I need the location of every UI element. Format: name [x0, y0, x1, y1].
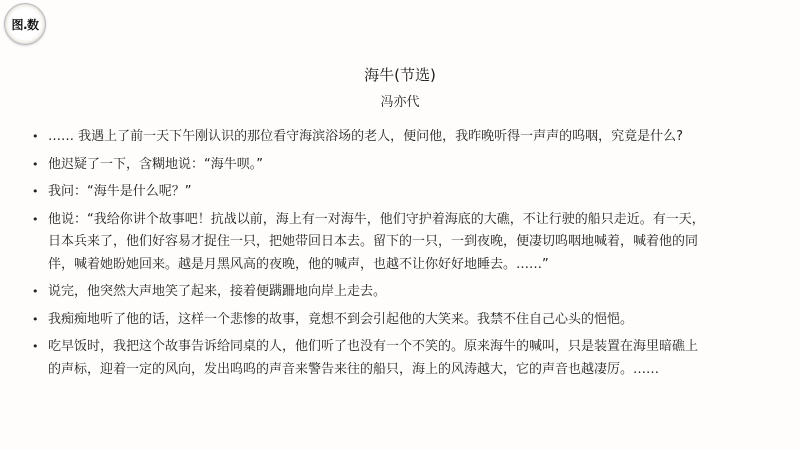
paragraph-text: 我问：“海牛是什么呢？” — [48, 184, 191, 199]
paragraph-text: …… 我遇上了前一天下午刚认识的那位看守海滨浴场的老人，便问他，我昨晚听得一声声… — [48, 129, 683, 144]
bullet-icon: • — [32, 126, 39, 149]
paragraph-list: • …… 我遇上了前一天下午刚认识的那位看守海滨浴场的老人，便问他，我昨晚听得一… — [0, 126, 800, 386]
bullet-icon: • — [32, 181, 39, 204]
bullet-icon: • — [32, 209, 39, 232]
list-item: • 他说：“我给你讲个故事吧！抗战以前，海上有一对海牛，他们守护着海底的大礁，不… — [0, 209, 800, 277]
document-title: 海牛(节选) — [0, 64, 800, 85]
paragraph-text: 他迟疑了一下，含糊地说：“海牛呗。” — [48, 157, 263, 172]
list-item: • 我痴痴地听了他的话，这样一个悲惨的故事，竟想不到会引起他的大笑来。我禁不住自… — [0, 309, 800, 332]
list-item: • 吃早饭时，我把这个故事告诉给同桌的人，他们听了也没有一个不笑的。原来海牛的喊… — [0, 336, 800, 381]
list-item: • …… 我遇上了前一天下午刚认识的那位看守海滨浴场的老人，便问他，我昨晚听得一… — [0, 126, 800, 149]
paragraph-text: 我痴痴地听了他的话，这样一个悲惨的故事，竟想不到会引起他的大笑来。我禁不住自己心… — [48, 312, 633, 327]
bullet-icon: • — [32, 309, 39, 332]
document-author: 冯亦代 — [0, 91, 800, 110]
paragraph-text: 他说：“我给你讲个故事吧！抗战以前，海上有一对海牛，他们守护着海底的大礁，不让行… — [48, 212, 705, 272]
logo-badge-icon: 图.数 — [4, 3, 46, 45]
logo-text: 图.数 — [11, 16, 38, 33]
bullet-icon: • — [32, 281, 39, 304]
bullet-icon: • — [32, 154, 39, 177]
list-item: • 他迟疑了一下，含糊地说：“海牛呗。” — [0, 154, 800, 177]
bullet-icon: • — [32, 336, 39, 359]
list-item: • 我问：“海牛是什么呢？” — [0, 181, 800, 204]
list-item: • 说完，他突然大声地笑了起来，接着便蹒跚地向岸上走去。 — [0, 281, 800, 304]
slide-page: 图.数 海牛(节选) 冯亦代 • …… 我遇上了前一天下午刚认识的那位看守海滨浴… — [0, 0, 800, 450]
paragraph-text: 吃早饭时，我把这个故事告诉给同桌的人，他们听了也没有一个不笑的。原来海牛的喊叫，… — [48, 339, 698, 377]
paragraph-text: 说完，他突然大声地笑了起来，接着便蹒跚地向岸上走去。 — [48, 284, 386, 299]
